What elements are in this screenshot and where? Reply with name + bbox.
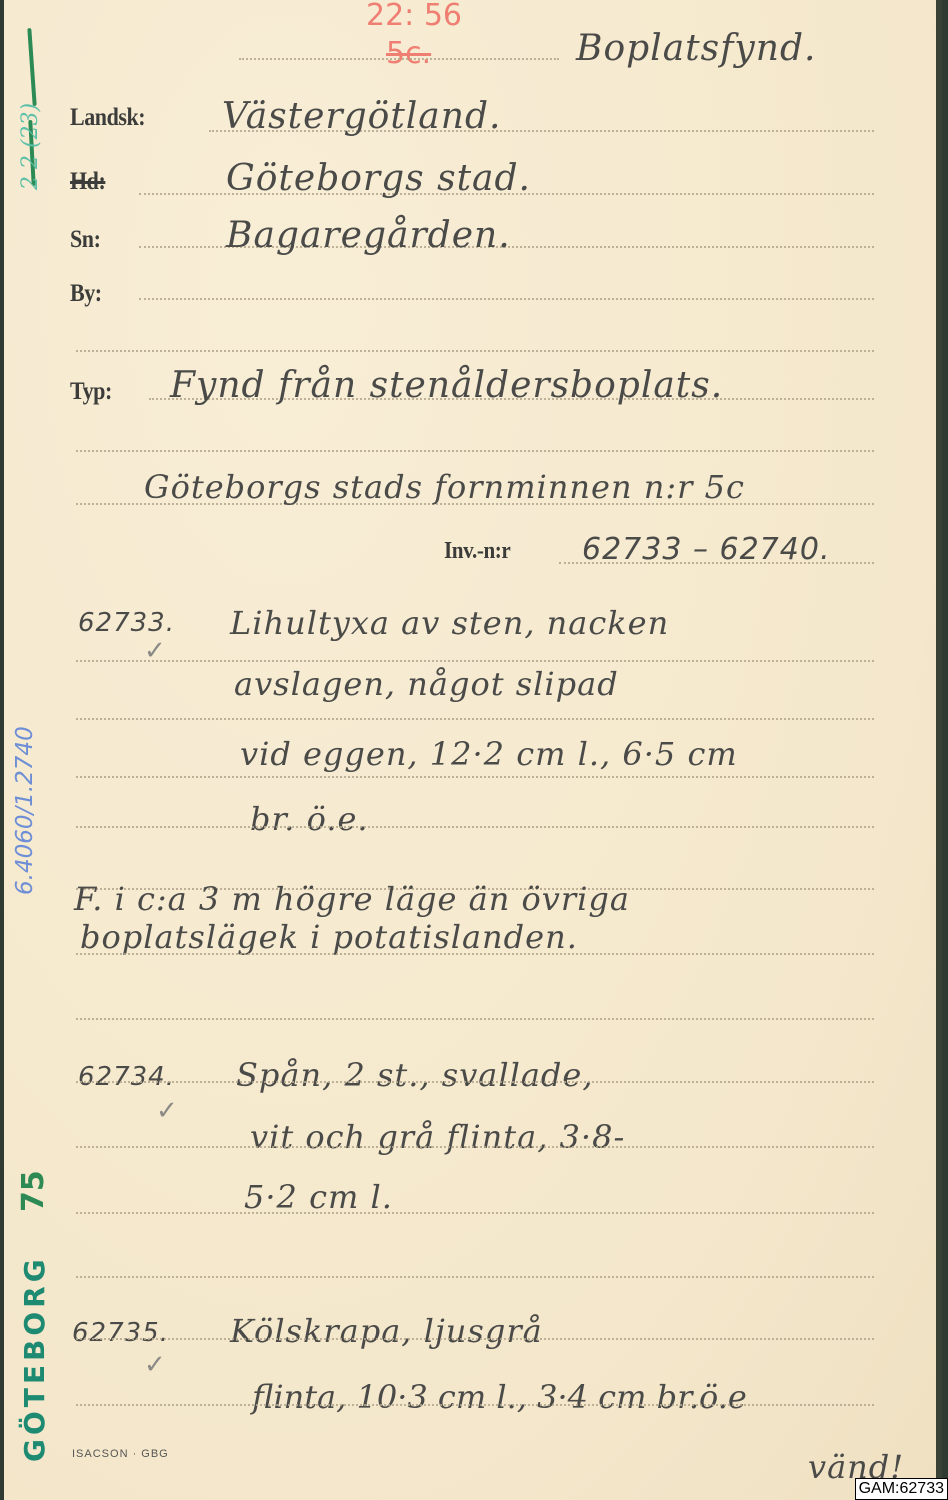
entry-dotted-line bbox=[76, 953, 874, 955]
entry-dotted-line bbox=[76, 1212, 874, 1214]
entry-line: flinta, 10·3 cm l., 3·4 cm br.ö.e bbox=[252, 1378, 747, 1416]
entry-dotted-line bbox=[76, 660, 874, 662]
landsk-label: Landsk: bbox=[70, 104, 145, 132]
entry-dotted-line bbox=[76, 1018, 874, 1020]
entry-line: avslagen, något slipad bbox=[234, 665, 619, 703]
typ-value: Fynd från stenåldersboplats. bbox=[170, 365, 723, 406]
card-edge bbox=[936, 0, 942, 1500]
entry-line: 5·2 cm l. bbox=[244, 1178, 393, 1216]
catalog-id-label: GAM:62733 bbox=[855, 1478, 948, 1500]
sn-value: Bagaregården. bbox=[226, 215, 511, 256]
inventory-label: Inv.-n:r bbox=[444, 538, 510, 565]
checkmark-icon: ✓ bbox=[144, 1350, 166, 1380]
entry-line: br. ö.e. bbox=[250, 800, 369, 838]
entry-line: vit och grå flinta, 3·8- bbox=[250, 1118, 625, 1156]
entry-dotted-line bbox=[76, 1276, 874, 1278]
entry-dotted-line bbox=[76, 826, 874, 828]
red-annotation-top: 22: 56 bbox=[366, 0, 462, 33]
entry-line: vid eggen, 12·2 cm l., 6·5 cm bbox=[240, 735, 738, 773]
teal-margin-scribble: 2 2 (23) bbox=[18, 103, 43, 190]
entry-dotted-line bbox=[76, 718, 874, 720]
entry-dotted-line bbox=[76, 1081, 874, 1083]
separator-dotted-line-1 bbox=[76, 350, 874, 352]
typ-label: Typ: bbox=[70, 378, 112, 406]
entry-dotted-line bbox=[76, 1404, 874, 1406]
entry-line: Lihultyxa av sten, nacken bbox=[230, 604, 669, 642]
inventory-value: 62733 – 62740. bbox=[582, 532, 830, 567]
stamp-number: 75 bbox=[16, 1170, 51, 1212]
landsk-value: Västergötland. bbox=[222, 96, 501, 137]
entry-number: 62734. bbox=[78, 1062, 175, 1092]
catalog-card: 22: 56 5c. 2 2 (23) Boplatsfynd. Landsk:… bbox=[4, 0, 942, 1500]
separator-dotted-line-2 bbox=[76, 450, 874, 452]
entry-number: 62733. bbox=[78, 608, 175, 638]
goteborg-stamp: GÖTEBORG bbox=[18, 1255, 51, 1462]
entry-dotted-line bbox=[76, 1146, 874, 1148]
entry-line: Spån, 2 st., svallade, bbox=[236, 1056, 593, 1094]
hd-value: Göteborgs stad. bbox=[226, 158, 531, 199]
printer-mark: ISACSON · GBG bbox=[72, 1448, 169, 1460]
green-strike-mark-1 bbox=[27, 28, 36, 106]
red-annotation-struck: 5c. bbox=[386, 36, 431, 71]
entry-dotted-line bbox=[76, 1338, 874, 1340]
sn-label: Sn: bbox=[70, 226, 100, 254]
by-label: By: bbox=[70, 280, 102, 308]
blue-margin-note: 6.4060/1.2740 bbox=[12, 726, 38, 895]
checkmark-icon: ✓ bbox=[156, 1096, 178, 1126]
category-dotted-line bbox=[239, 58, 559, 60]
hd-label: Hd: bbox=[70, 168, 105, 196]
entry-number: 62735. bbox=[72, 1318, 169, 1348]
entry-line: boplatslägek i potatislanden. bbox=[80, 918, 578, 956]
entry-dotted-line bbox=[76, 776, 874, 778]
by-dotted-line bbox=[139, 298, 874, 300]
fornminne-value: Göteborgs stads fornminnen n:r 5c bbox=[144, 468, 745, 506]
entry-line: F. i c:a 3 m högre läge än övriga bbox=[74, 880, 630, 918]
category-value: Boplatsfynd. bbox=[576, 28, 816, 69]
entry-line: Kölskrapa, ljusgrå bbox=[230, 1312, 543, 1350]
